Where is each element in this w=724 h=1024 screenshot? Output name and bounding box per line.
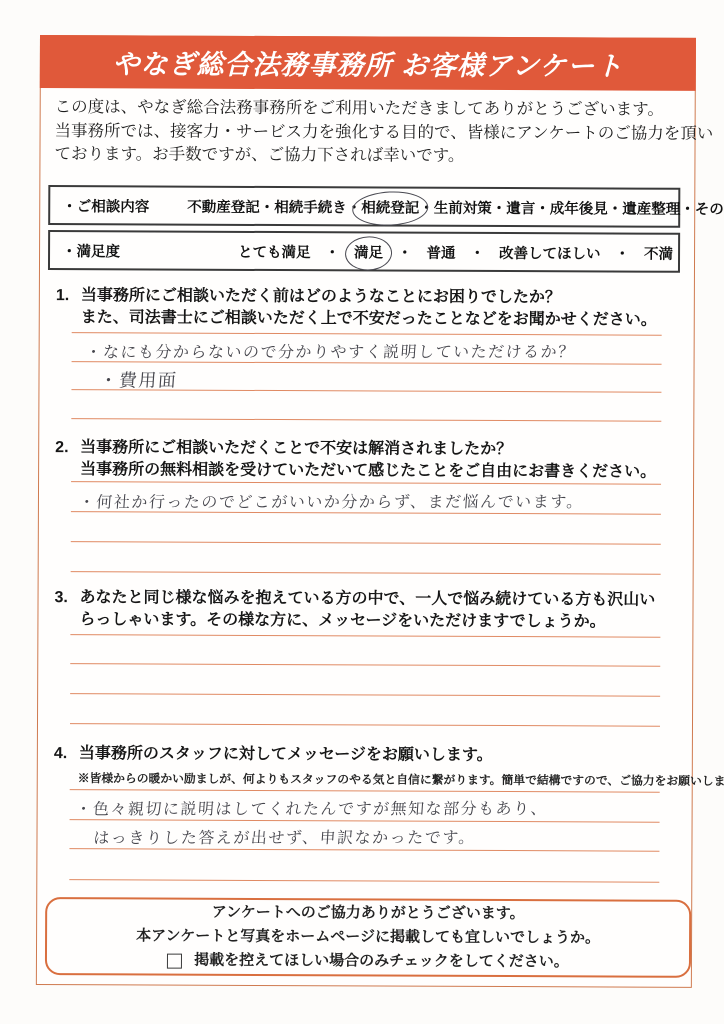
question-2-text: 当事務所にご相談いただくことで不安は解消されましたか？ 当事務所の無料相談を受け… <box>80 437 656 483</box>
footer-thanks-line: アンケートへのご協力ありがとうございます。 <box>212 902 525 925</box>
consultation-label: ・ご相談内容 <box>50 195 149 216</box>
answer-ruled-line <box>70 693 660 697</box>
intro-line: 当事務所では、接客力・サービス力を強化する目的で、皆様にアンケートのご協力を頂い <box>55 120 683 146</box>
answer-ruled-line <box>70 789 660 793</box>
consultation-selected-option: 相続登記 <box>361 196 419 217</box>
question-4-text: 当事務所のスタッフに対してメッセージをお願いします。 <box>79 743 493 766</box>
satisfaction-options-after: ・ 普通 ・ 改善してほしい ・ 不満 <box>383 245 673 262</box>
survey-title: やなぎ総合法務事務所 お客様アンケート <box>112 42 623 83</box>
handwritten-answer-q1-1: ・なにも分からないので分かりやすく説明していただけるか？ <box>85 339 577 362</box>
intro-line: この度は、やなぎ総合法務事務所をご利用いただきましてありがとうございます。 <box>55 96 683 122</box>
answer-ruled-line <box>72 332 662 336</box>
answer-ruled-line <box>71 418 661 422</box>
question-1-line-2: また、司法書士にご相談いただく上で不安だったことなどをお聞かせください。 <box>81 307 657 331</box>
question-4-note: ※皆様からの暖かい励ましが、何よりもスタッフのやる気と自信に繋がります。簡単で結… <box>78 769 724 789</box>
intro-line: ております。お手数ですが、ご協力下されば幸いです。 <box>54 143 682 169</box>
consent-checkbox[interactable] <box>167 953 182 968</box>
question-4-line-1: 当事務所のスタッフに対してメッセージをお願いします。 <box>79 743 493 766</box>
question-3-line-1: あなたと同じ様な悩みを抱えている方の中で、一人で悩み続けている方も沢山い <box>79 587 655 611</box>
answer-ruled-line <box>70 634 660 638</box>
question-1: 1. 当事務所にご相談いただく前はどのようなことにお困りでしたか？ また、司法書… <box>56 285 657 331</box>
question-2-number: 2. <box>55 437 80 480</box>
intro-paragraph: この度は、やなぎ総合法務事務所をご利用いただきましてありがとうございます。 当事… <box>54 96 682 169</box>
question-4: 4. 当事務所のスタッフに対してメッセージをお願いします。 <box>54 743 493 766</box>
footer-permission-line: 本アンケートと写真をホームページに掲載しても宜しいでしょうか。 <box>136 925 600 949</box>
satisfaction-selected-option: 満足 <box>354 241 383 262</box>
question-3-text: あなたと同じ様な悩みを抱えている方の中で、一人で悩み続けている方も沢山い らっし… <box>79 587 655 633</box>
answer-ruled-line <box>69 879 659 883</box>
consent-checkbox-row: 掲載を控えてほしい場合のみチェックをしてください。 <box>167 950 569 974</box>
question-2-line-1: 当事務所にご相談いただくことで不安は解消されましたか？ <box>80 437 656 461</box>
question-3-number: 3. <box>54 587 79 630</box>
question-1-line-1: 当事務所にご相談いただく前はどのようなことにお困りでしたか？ <box>81 285 657 309</box>
answer-ruled-line <box>71 541 661 545</box>
question-2: 2. 当事務所にご相談いただくことで不安は解消されましたか？ 当事務所の無料相談… <box>55 437 656 483</box>
satisfaction-label: ・満足度 <box>50 240 120 261</box>
handwritten-answer-q4-2: はっきりした答えが出せず、申訳なかったです。 <box>93 825 477 848</box>
question-3-line-2: らっしゃいます。その様な方に、メッセージをいただけますでしょうか。 <box>79 609 655 633</box>
answer-ruled-line <box>70 723 660 727</box>
consultation-options: 不動産登記・相続手続き・相続登記・生前対策・遺言・成年後見・遺産整理・その他 <box>187 195 724 218</box>
header-banner: やなぎ総合法務事務所 お客様アンケート <box>40 35 696 91</box>
handwritten-answer-q4-1: ・色々親切に説明はしてくれたんですが無知な部分もあり、 <box>75 796 549 819</box>
consultation-options-after: ・生前対策・遺言・成年後見・遺産整理・その他 <box>419 200 724 217</box>
handwritten-answer-q2-1: ・何社か行ったのでどこがいいか分からず、まだ悩んでいます。 <box>78 489 585 512</box>
answer-ruled-line <box>70 819 660 823</box>
survey-sheet: やなぎ総合法務事務所 お客様アンケート この度は、やなぎ総合法務事務所をご利用い… <box>36 35 696 988</box>
question-1-number: 1. <box>56 285 81 328</box>
answer-ruled-line <box>70 663 660 667</box>
question-1-text: 当事務所にご相談いただく前はどのようなことにお困りでしたか？ また、司法書士にご… <box>81 285 657 331</box>
footer-permission-box: アンケートへのご協力ありがとうございます。 本アンケートと写真をホームページに掲… <box>45 897 691 978</box>
answer-ruled-line <box>71 571 661 575</box>
consultation-options-before: 不動産登記・相続手続き・ <box>187 199 361 216</box>
question-4-number: 4. <box>54 743 79 765</box>
consultation-box: ・ご相談内容 不動産登記・相続手続き・相続登記・生前対策・遺言・成年後見・遺産整… <box>48 185 680 228</box>
answer-ruled-line <box>69 848 659 852</box>
consent-checkbox-label: 掲載を控えてほしい場合のみチェックをしてください。 <box>194 950 569 974</box>
question-3: 3. あなたと同じ様な悩みを抱えている方の中で、一人で悩み続けている方も沢山い … <box>54 587 655 633</box>
question-2-line-2: 当事務所の無料相談を受けていただいて感じたことをご自由にお書きください。 <box>80 459 656 483</box>
satisfaction-options-before: とても満足 ・ <box>238 244 354 261</box>
satisfaction-box: ・満足度 とても満足 ・ 満足 ・ 普通 ・ 改善してほしい ・ 不満 <box>48 230 680 273</box>
satisfaction-options: とても満足 ・ 満足 ・ 普通 ・ 改善してほしい ・ 不満 <box>238 240 673 263</box>
